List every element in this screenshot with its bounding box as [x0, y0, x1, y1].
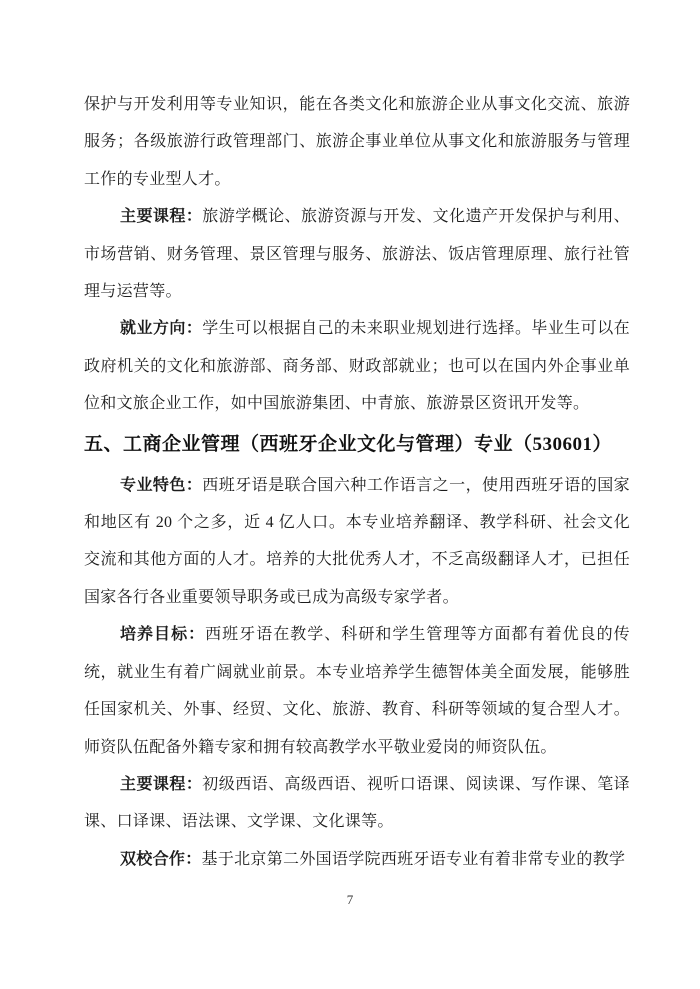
body-paragraph: 主要课程：初级西语、高级西语、视听口语课、阅读课、写作课、笔译课、口译课、语法课…: [84, 766, 630, 841]
paragraph-label: 培养目标：: [120, 626, 205, 643]
paragraph-label: 主要课程：: [120, 208, 202, 225]
body-paragraph: 就业方向：学生可以根据自己的未来职业规划进行选择。毕业生可以在政府机关的文化和旅…: [84, 310, 630, 422]
body-paragraph: 培养目标：西班牙语在教学、科研和学生管理等方面都有着优良的传统，就业生有着广阔就…: [84, 616, 630, 766]
document-page: 保护与开发利用等专业知识，能在各类文化和旅游企业从事文化交流、旅游服务；各级旅游…: [0, 0, 700, 989]
paragraph-text: 保护与开发利用等专业知识，能在各类文化和旅游企业从事文化交流、旅游服务；各级旅游…: [84, 96, 630, 188]
body-paragraph: 双校合作：基于北京第二外国语学院西班牙语专业有着非常专业的教学: [84, 841, 630, 878]
paragraph-label: 双校合作：: [120, 851, 202, 868]
paragraph-text: 西班牙语在教学、科研和学生管理等方面都有着优良的传统，就业生有着广阔就业前景。本…: [84, 626, 630, 755]
paragraph-label: 专业特色：: [120, 477, 202, 494]
paragraph-label: 主要课程：: [120, 776, 202, 793]
paragraph-label: 就业方向：: [120, 320, 202, 337]
body-paragraph: 主要课程：旅游学概论、旅游资源与开发、文化遗产开发保护与利用、市场营销、财务管理…: [84, 198, 630, 310]
page-footer: 7: [0, 891, 700, 909]
paragraph-text: 基于北京第二外国语学院西班牙语专业有着非常专业的教学: [202, 851, 626, 868]
body-paragraph: 专业特色：西班牙语是联合国六种工作语言之一，使用西班牙语的国家和地区有 20 个…: [84, 467, 630, 617]
section-heading: 五、工商企业管理（西班牙企业文化与管理）专业（530601）: [84, 423, 630, 467]
page-number: 7: [347, 892, 354, 907]
body-paragraph: 保护与开发利用等专业知识，能在各类文化和旅游企业从事文化交流、旅游服务；各级旅游…: [84, 86, 630, 198]
paragraph-text: 西班牙语是联合国六种工作语言之一，使用西班牙语的国家和地区有 20 个之多，近 …: [84, 477, 630, 606]
document-body: 保护与开发利用等专业知识，能在各类文化和旅游企业从事文化交流、旅游服务；各级旅游…: [84, 86, 630, 878]
